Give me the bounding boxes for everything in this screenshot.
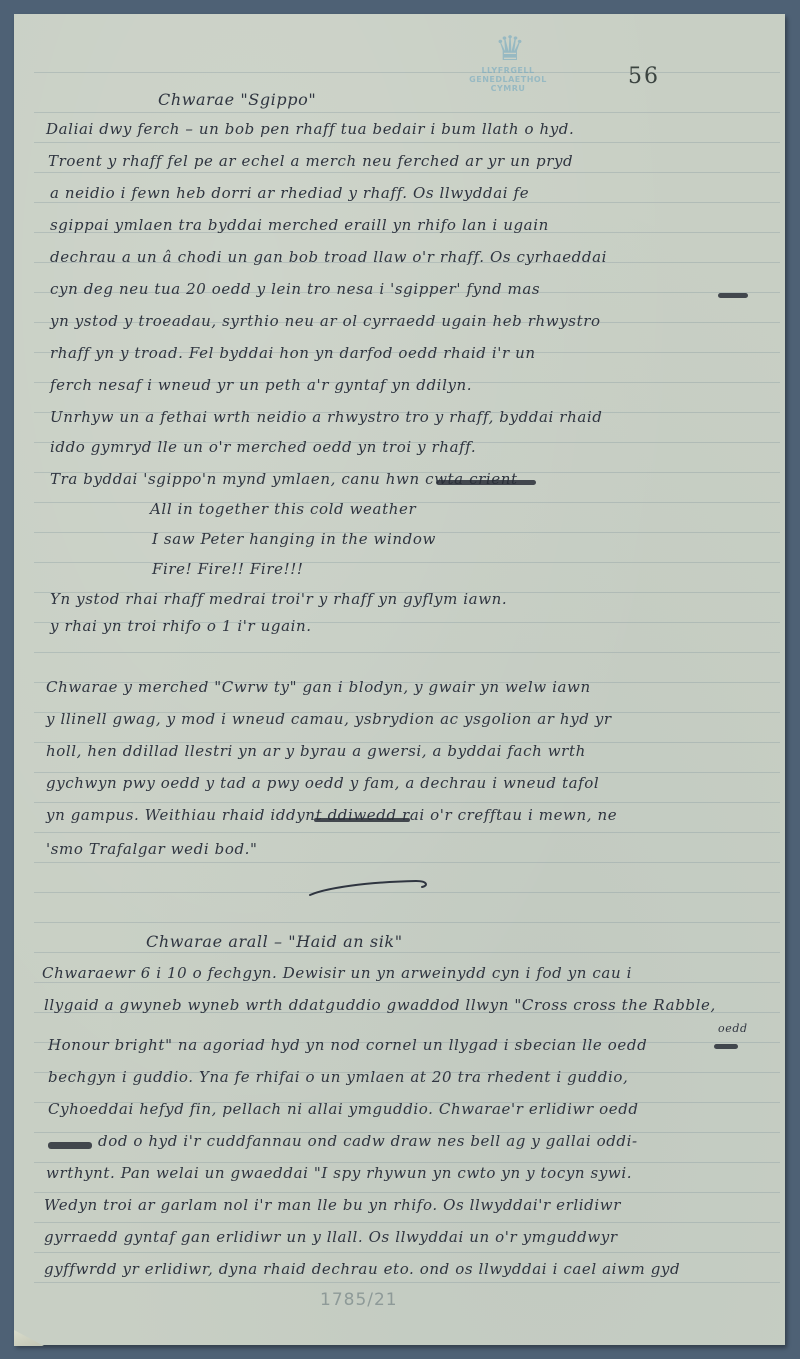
stamp-text-line: LLYFRGELL bbox=[462, 66, 554, 75]
text-line: a neidio i fewn heb dorri ar rhediad y r… bbox=[50, 184, 529, 202]
text-line: 'smo Trafalgar wedi bod." bbox=[46, 840, 258, 858]
rhyme-line: Fire! Fire!! Fire!!! bbox=[152, 560, 303, 578]
text-line: llygaid a gwyneb wyneb wrth ddatguddio g… bbox=[44, 996, 716, 1014]
text-line: y llinell gwag, y mod i wneud camau, ysb… bbox=[46, 710, 612, 728]
ruled-line bbox=[34, 772, 780, 773]
ruled-line bbox=[34, 72, 780, 73]
rhyme-line: All in together this cold weather bbox=[150, 500, 416, 518]
crossed-out-word bbox=[436, 480, 536, 485]
text-line: Chwaraewr 6 i 10 o fechgyn. Dewisir un y… bbox=[42, 964, 632, 982]
crossed-out-word bbox=[718, 293, 748, 298]
ruled-line bbox=[34, 172, 780, 173]
text-line: Honour bright" na agoriad hyd yn nod cor… bbox=[48, 1036, 647, 1054]
crown-emblem-icon: ♛ bbox=[462, 32, 554, 66]
ruled-line bbox=[34, 1252, 780, 1253]
ruled-line bbox=[34, 952, 780, 953]
text-line: bechgyn i guddio. Yna fe rhifai o un yml… bbox=[48, 1068, 628, 1086]
text-line: wrthynt. Pan welai un gwaeddai "I spy rh… bbox=[46, 1164, 632, 1182]
divider-flourish bbox=[306, 878, 430, 898]
ruled-line bbox=[34, 1282, 780, 1283]
library-stamp: ♛ LLYFRGELL GENEDLAETHOL CYMRU bbox=[462, 32, 554, 122]
crossed-out-word bbox=[714, 1044, 738, 1049]
text-line: cyn deg neu tua 20 oedd y lein tro nesa … bbox=[50, 280, 540, 298]
text-line: Wedyn troi ar garlam nol i'r man lle bu … bbox=[44, 1196, 621, 1214]
text-line: Troent y rhaff fel pe ar echel a merch n… bbox=[48, 152, 573, 170]
ruled-line bbox=[34, 142, 780, 143]
text-line: Tra byddai 'sgippo'n mynd ymlaen, canu h… bbox=[50, 470, 518, 488]
text-line: ferch nesaf i wneud yr un peth a'r gynta… bbox=[50, 376, 472, 394]
text-line: rhaff yn y troad. Fel byddai hon yn darf… bbox=[50, 344, 536, 362]
text-line: Cyhoeddai hefyd fin, pellach ni allai ym… bbox=[48, 1100, 639, 1118]
crossed-out-word bbox=[48, 1142, 92, 1149]
ruled-line bbox=[34, 112, 780, 113]
text-line: Unrhyw un a fethai wrth neidio a rhwystr… bbox=[50, 408, 602, 426]
ruled-line bbox=[34, 982, 780, 983]
text-line: gyffwrdd yr erlidiwr, dyna rhaid dechrau… bbox=[44, 1260, 680, 1278]
ruled-line bbox=[34, 202, 780, 203]
text-line: dod o hyd i'r cuddfannau ond cadw draw n… bbox=[98, 1132, 638, 1150]
catalog-number: 1785/21 bbox=[320, 1290, 398, 1310]
ruled-line bbox=[34, 652, 780, 653]
text-line: sgippai ymlaen tra byddai merched eraill… bbox=[50, 216, 549, 234]
text-line: iddo gymryd lle un o'r merched oedd yn t… bbox=[50, 438, 476, 456]
text-line: gyrraedd gyntaf gan erlidiwr un y llall.… bbox=[44, 1228, 618, 1246]
section-title-sgippo: Chwarae "Sgippo" bbox=[158, 90, 316, 109]
page-number: 56 bbox=[628, 64, 660, 89]
stamp-text-line: GENEDLAETHOL bbox=[462, 75, 554, 84]
section-title-hide-and-seek: Chwarae arall – "Haid an sik" bbox=[146, 932, 403, 951]
ruled-line bbox=[34, 1222, 780, 1223]
ruled-line bbox=[34, 1162, 780, 1163]
ruled-line bbox=[34, 1192, 780, 1193]
text-line: y rhai yn troi rhifo o 1 i'r ugain. bbox=[50, 617, 312, 635]
superscript-insert: oedd bbox=[718, 1022, 748, 1035]
text-line: yn ystod y troeadau, syrthio neu ar ol c… bbox=[50, 312, 601, 330]
crossed-out-word bbox=[314, 818, 410, 822]
text-line: Yn ystod rhai rhaff medrai troi'r y rhaf… bbox=[50, 590, 507, 608]
ruled-line bbox=[34, 922, 780, 923]
ruled-line bbox=[34, 832, 780, 833]
ruled-line bbox=[34, 862, 780, 863]
ruled-line bbox=[34, 802, 780, 803]
text-line: dechrau a un â chodi un gan bob troad ll… bbox=[50, 248, 607, 266]
stamp-text-line: CYMRU bbox=[462, 84, 554, 93]
rhyme-line: I saw Peter hanging in the window bbox=[152, 530, 436, 548]
text-line: Daliai dwy ferch – un bob pen rhaff tua … bbox=[46, 120, 574, 138]
text-line: Chwarae y merched "Cwrw ty" gan i blodyn… bbox=[46, 678, 591, 696]
text-line: holl, hen ddillad llestri yn ar y byrau … bbox=[46, 742, 586, 760]
ruled-line bbox=[34, 562, 780, 563]
text-line: gychwyn pwy oedd y tad a pwy oedd y fam,… bbox=[46, 774, 599, 792]
